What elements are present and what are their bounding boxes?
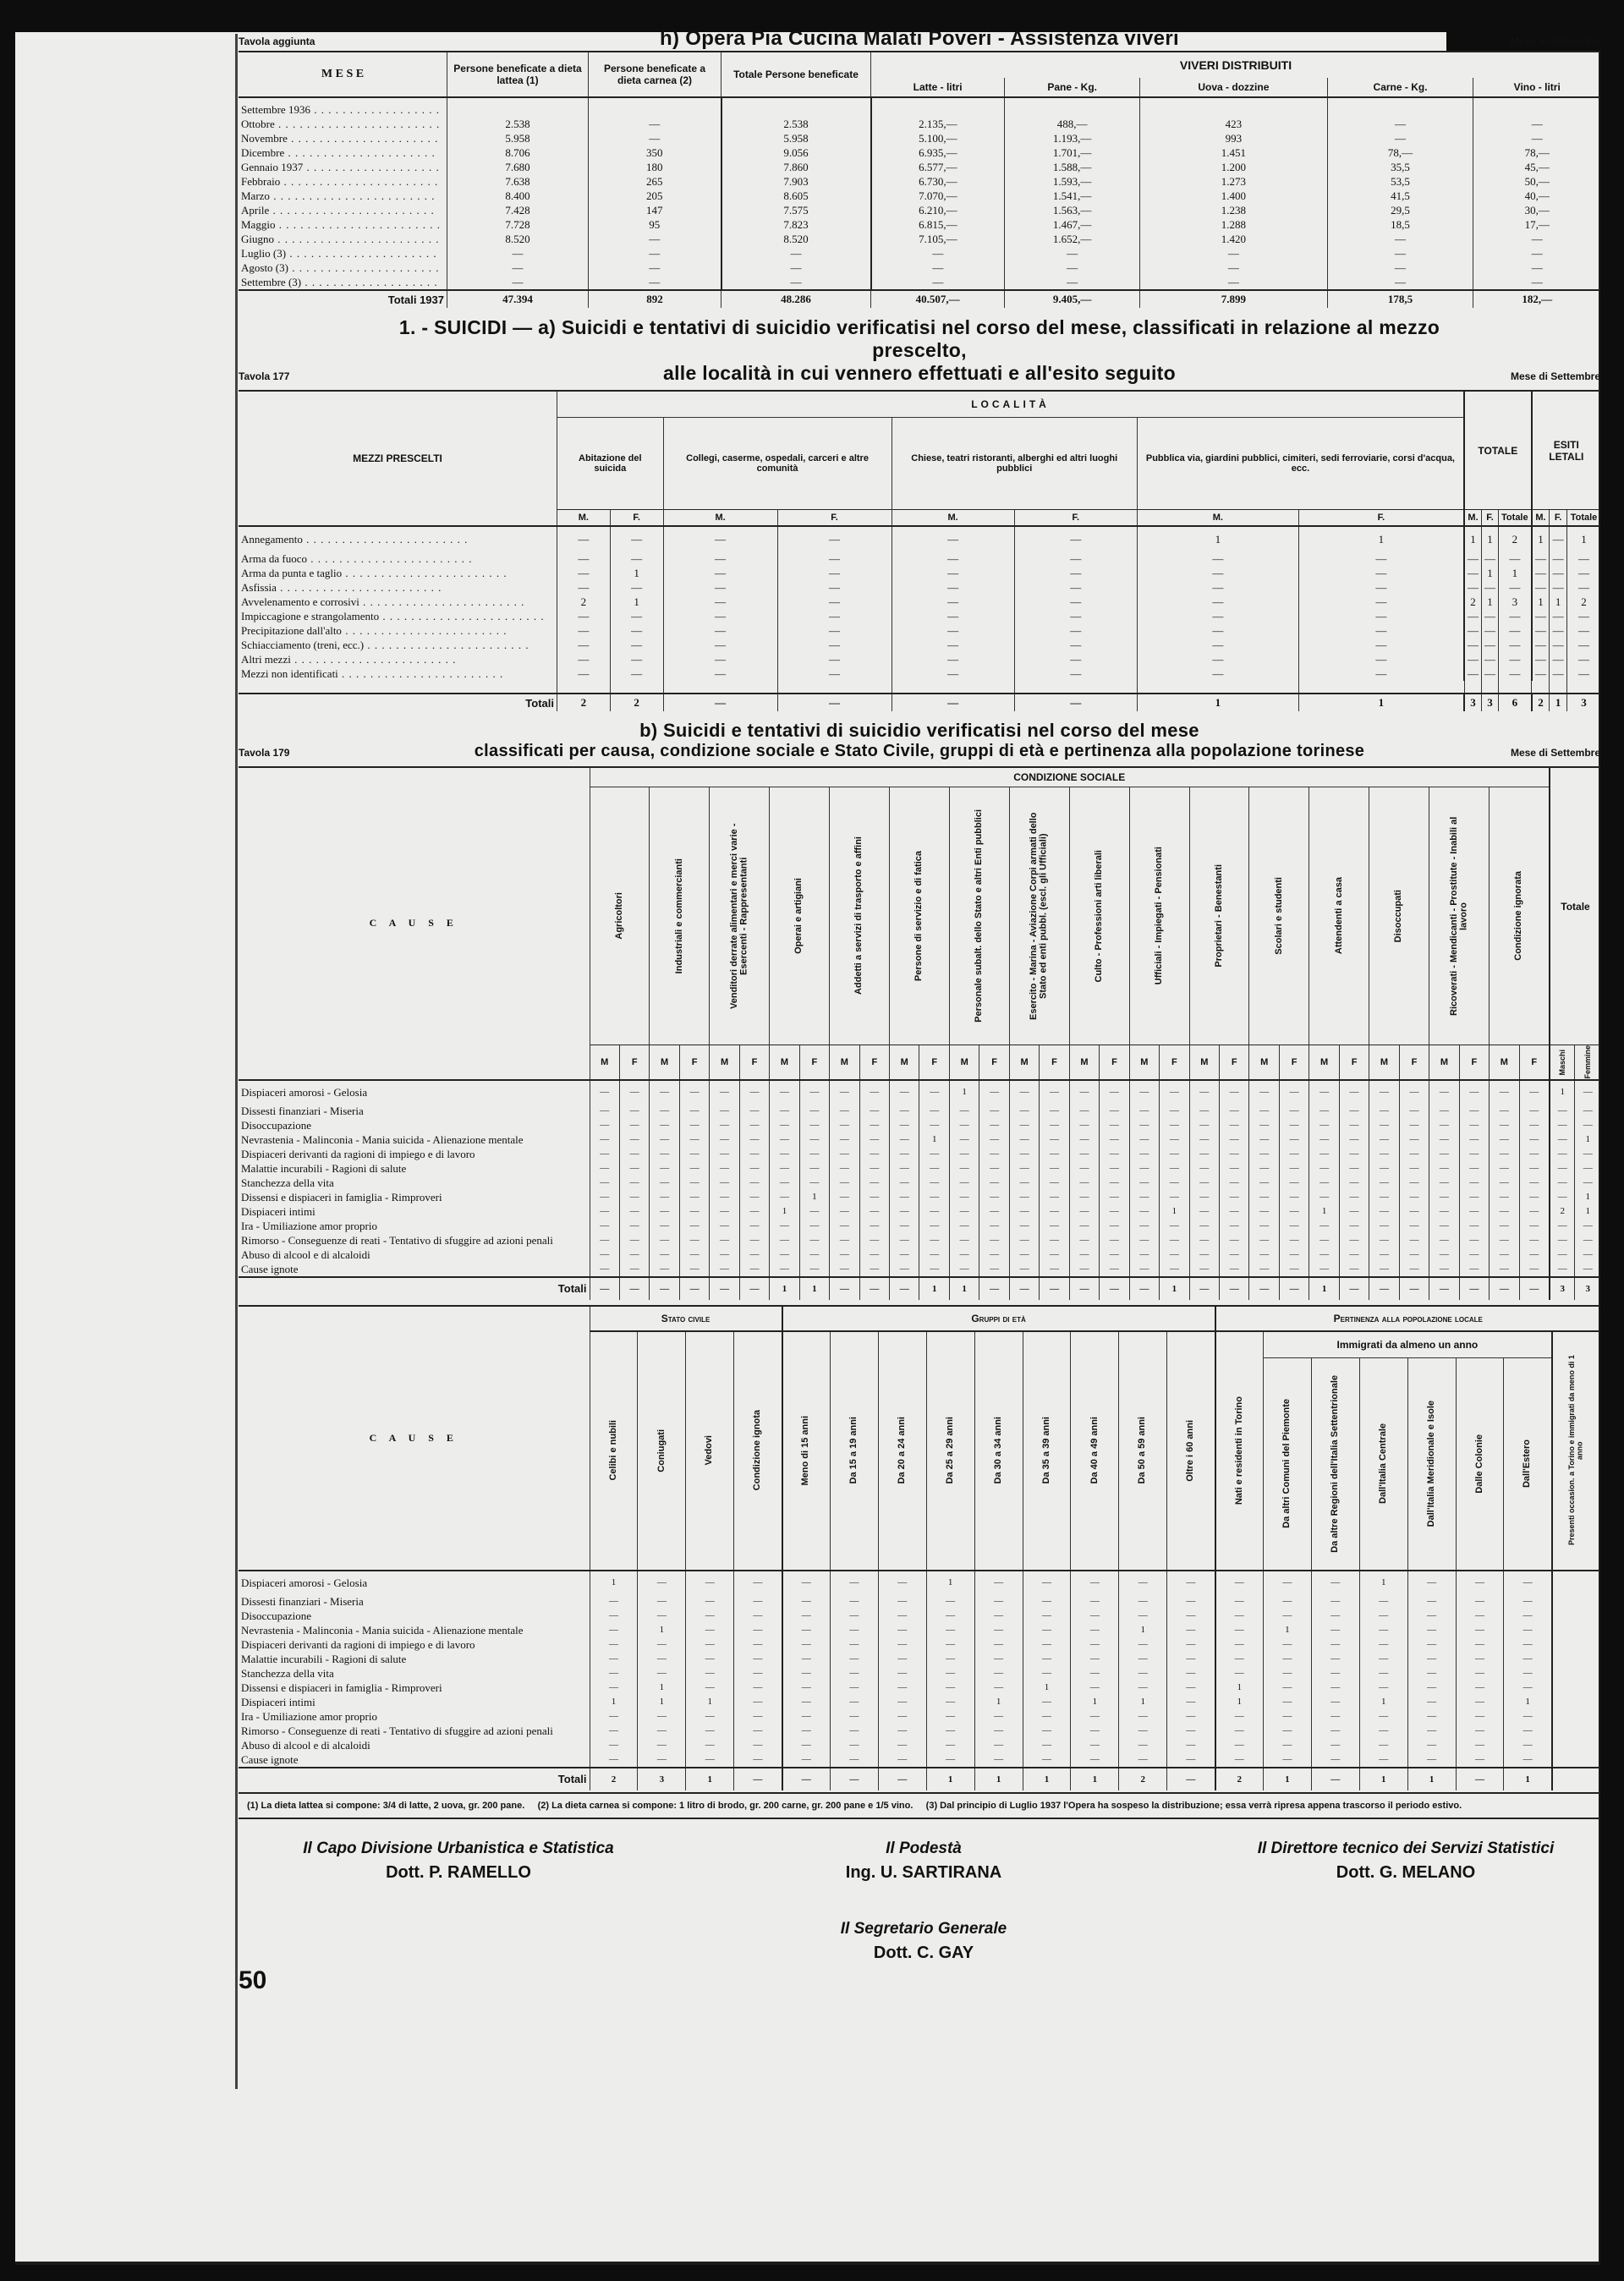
table-cell xyxy=(1552,1695,1600,1709)
table-row: Rimorso - Conseguenze di reati - Tentati… xyxy=(239,1724,1600,1738)
month-label: Mese di Settembre xyxy=(1482,36,1600,47)
table-cell: — xyxy=(590,1219,619,1233)
table-cell xyxy=(1552,1609,1600,1623)
table-cell: — xyxy=(1023,1609,1071,1623)
table-cell: — xyxy=(878,1571,926,1594)
table-cell: 6.730,— xyxy=(871,174,1005,189)
table-cell: — xyxy=(777,609,892,623)
page-content: Tavola aggiunta h) Opera Pia Cucina Mala… xyxy=(239,34,1600,2009)
table-cell: 993 xyxy=(1140,131,1328,145)
table-cell: — xyxy=(1263,1738,1311,1752)
table-cell: — xyxy=(1220,1161,1249,1176)
table-cell: — xyxy=(878,1666,926,1681)
table-cell: — xyxy=(589,260,721,275)
table-cell: — xyxy=(1459,1262,1489,1277)
table-cell: — xyxy=(734,1724,782,1738)
table-title-line2: alle località in cui vennero effettuati … xyxy=(357,362,1482,385)
mezzo-name: Precipitazione dall'alto xyxy=(241,624,507,637)
total-cell: 1 xyxy=(1550,694,1567,711)
row-label: Gennaio 1937 xyxy=(239,160,447,174)
table-cell: 1.593,— xyxy=(1005,174,1140,189)
table-cell: — xyxy=(919,1104,949,1118)
table-cell: — xyxy=(1119,1752,1167,1768)
table-cell: — xyxy=(979,1104,1009,1118)
col-condizione: Personale subalt. dello Stato e altri En… xyxy=(949,787,1009,1045)
condizione-label: Operai e artigiani xyxy=(794,878,804,954)
table-cell: — xyxy=(878,1609,926,1623)
table-row: Avvelenamento e corrosivi21——————213112 xyxy=(239,595,1600,609)
table-cell: — xyxy=(619,1161,649,1176)
table-cell xyxy=(447,97,589,117)
table-cell: — xyxy=(777,666,892,681)
total-cell: — xyxy=(1519,1277,1550,1300)
table-cell: — xyxy=(859,1104,889,1118)
table-cell: — xyxy=(557,580,611,595)
col-stato-civile: Stato civile xyxy=(590,1306,782,1331)
table-cell: — xyxy=(1140,246,1328,260)
table-cell: — xyxy=(1550,1147,1575,1161)
signature-role: Il Capo Divisione Urbanistica e Statisti… xyxy=(239,1840,678,1858)
table-cell: — xyxy=(770,1147,799,1161)
table-cell: — xyxy=(447,275,589,290)
cause-name: Dissensi e dispiaceri in famiglia - Rimp… xyxy=(241,1191,442,1204)
table-cell: — xyxy=(890,1147,919,1161)
month-name: Febbraio xyxy=(241,175,440,188)
table-cell xyxy=(1552,1571,1600,1594)
table-cell: — xyxy=(619,1190,649,1204)
total-cell: 178,5 xyxy=(1327,290,1473,308)
table-cell: — xyxy=(926,1681,974,1695)
table-cell: — xyxy=(610,638,663,652)
table-row: Dissensi e dispiaceri in famiglia - Rimp… xyxy=(239,1681,1600,1695)
suicidi-condizione-table: C A U S ECONDIZIONE SOCIALETotaleAgricol… xyxy=(239,766,1600,1300)
table-cell: — xyxy=(1215,1571,1264,1594)
col-f: F xyxy=(919,1045,949,1080)
table-cell: 29,5 xyxy=(1327,203,1473,217)
table-cell: — xyxy=(1189,1204,1219,1219)
table-cell: — xyxy=(799,1104,829,1118)
table-cell: — xyxy=(739,1262,769,1277)
table-cell: — xyxy=(1189,1176,1219,1190)
table-cell: — xyxy=(1119,1666,1167,1681)
table-cell: — xyxy=(1359,1652,1407,1666)
table-cell: — xyxy=(1167,1594,1215,1609)
table-cell: — xyxy=(1519,1233,1550,1247)
row-label: Dispiaceri intimi xyxy=(239,1204,590,1219)
table-cell: 1 xyxy=(1359,1571,1407,1594)
spacer-cell xyxy=(1532,681,1550,694)
table-cell: — xyxy=(1215,1709,1264,1724)
table-cell: — xyxy=(1220,1147,1249,1161)
table-cell: — xyxy=(1309,1104,1339,1118)
table-cell: — xyxy=(1399,1247,1429,1262)
table-cell: — xyxy=(1215,1752,1264,1768)
table-cell: — xyxy=(557,623,611,638)
table-cell: — xyxy=(1359,1738,1407,1752)
table-cell: — xyxy=(1369,1190,1399,1204)
col-stato: Vedovi xyxy=(686,1331,734,1571)
table-cell: — xyxy=(830,1190,859,1204)
table-cell: — xyxy=(1309,1118,1339,1132)
row-label: Stanchezza della vita xyxy=(239,1176,590,1190)
table-cell: — xyxy=(1014,638,1137,652)
page-number: 50 xyxy=(239,1966,266,1995)
table-cell: — xyxy=(830,1233,859,1247)
condizione-label: Esercito - Marina - Aviazione Corpi arma… xyxy=(1029,802,1049,1030)
table-cell: — xyxy=(638,1738,686,1752)
table-cell: — xyxy=(734,1652,782,1666)
table-cell: — xyxy=(830,1118,859,1132)
table-cell: — xyxy=(1100,1204,1129,1219)
table-cell: — xyxy=(589,232,721,246)
col-f: F xyxy=(619,1045,649,1080)
row-label: Malattie incurabili - Ragioni di salute xyxy=(239,1652,590,1666)
total-cell: 1 xyxy=(1071,1768,1119,1790)
table-cell: — xyxy=(782,1709,831,1724)
table-cell: 2.538 xyxy=(447,117,589,131)
table-cell: — xyxy=(1369,1262,1399,1277)
col-m: M xyxy=(650,1045,679,1080)
spacer-cell xyxy=(663,681,777,694)
table-cell: — xyxy=(830,1652,878,1666)
col-condizione-sociale: CONDIZIONE SOCIALE xyxy=(590,767,1550,787)
month-name: Agosto (3) xyxy=(241,261,440,274)
table-cell: 7.105,— xyxy=(871,232,1005,246)
cause-name: Cause ignote xyxy=(241,1263,299,1275)
col-f: F xyxy=(679,1045,709,1080)
table-cell: — xyxy=(1263,1609,1311,1623)
table-cell: — xyxy=(1167,1652,1215,1666)
table-cell: — xyxy=(859,1118,889,1132)
table-cell: — xyxy=(1456,1637,1504,1652)
table-cell: — xyxy=(1429,1147,1459,1161)
table-cell: 1 xyxy=(1215,1695,1264,1709)
col-condizione: Operai e artigiani xyxy=(770,787,830,1045)
table-cell: — xyxy=(1327,117,1473,131)
table-cell: — xyxy=(1069,1104,1099,1118)
cause-name: Dispiaceri amorosi - Gelosia xyxy=(241,1086,367,1099)
table-cell: — xyxy=(1532,623,1550,638)
table-cell: — xyxy=(890,1190,919,1204)
table-cell: 8.605 xyxy=(721,189,871,203)
table-cell: — xyxy=(1279,1190,1309,1204)
row-label: Dissesti finanziari - Miseria xyxy=(239,1594,590,1609)
mezzo-name: Annegamento xyxy=(241,533,468,546)
table-cell: — xyxy=(1014,580,1137,595)
table-cell: — xyxy=(892,566,1014,580)
table-cell: — xyxy=(1167,1738,1215,1752)
table-cell: — xyxy=(949,1247,979,1262)
condizione-label: Industriali e commercianti xyxy=(675,858,685,973)
table-row: Stanchezza della vita———————————————————… xyxy=(239,1666,1600,1681)
table-cell: — xyxy=(892,666,1014,681)
table-cell: — xyxy=(1140,275,1328,290)
table-cell: — xyxy=(1220,1190,1249,1204)
spacer-cell xyxy=(1482,681,1499,694)
table-cell: — xyxy=(686,1623,734,1637)
total-cell: — xyxy=(1069,1277,1099,1300)
col-gruppi-eta: Gruppi di età xyxy=(782,1306,1215,1331)
table-cell: 3 xyxy=(1499,595,1532,609)
total-cell: — xyxy=(1189,1277,1219,1300)
table-cell: — xyxy=(1490,1262,1519,1277)
table-cell: — xyxy=(1519,1204,1550,1219)
table-cell: — xyxy=(663,595,777,609)
table-cell: — xyxy=(1369,1219,1399,1233)
col-totale: Totale xyxy=(1550,767,1600,1045)
table-cell: — xyxy=(1499,652,1532,666)
table-cell: — xyxy=(1071,1594,1119,1609)
col-viveri-item: Uova - dozzine xyxy=(1140,78,1328,97)
table-cell: — xyxy=(1215,1738,1264,1752)
table-cell: — xyxy=(974,1752,1023,1768)
table-cell: — xyxy=(1023,1695,1071,1709)
table-cell: — xyxy=(1464,609,1482,623)
table-cell: — xyxy=(1040,1233,1069,1247)
table-cell: — xyxy=(782,1609,831,1623)
table-cell: 45,— xyxy=(1473,160,1600,174)
table-cell: — xyxy=(619,1204,649,1219)
table-cell: — xyxy=(1532,566,1550,580)
total-cell: 1 xyxy=(1160,1277,1189,1300)
table-cell: — xyxy=(830,1695,878,1709)
total-cell: — xyxy=(859,1277,889,1300)
table-cell: — xyxy=(799,1118,829,1132)
spacer-cell xyxy=(1499,681,1532,694)
condizione-label: Disoccupati xyxy=(1394,890,1404,942)
col-condizione: Addetti a servizi di trasporto e affini xyxy=(830,787,890,1045)
scan-border-right xyxy=(1600,51,1624,2281)
table-cell: — xyxy=(663,526,777,551)
table-cell: — xyxy=(830,1161,859,1176)
mezzo-name: Arma da punta e taglio xyxy=(241,567,507,579)
table-row: Malattie incurabili - Ragioni di salute—… xyxy=(239,1652,1600,1666)
table-cell: — xyxy=(739,1190,769,1204)
cause-name: Ira - Umiliazione amor proprio xyxy=(241,1710,377,1723)
table-cell: — xyxy=(974,1681,1023,1695)
table-cell: — xyxy=(1023,1752,1071,1768)
table-cell: — xyxy=(777,580,892,595)
table-cell: — xyxy=(590,1709,638,1724)
col-m: M xyxy=(890,1045,919,1080)
table-cell: — xyxy=(650,1118,679,1132)
table-cell: — xyxy=(1339,1161,1369,1176)
total-cell: 1 xyxy=(1298,694,1464,711)
table-cell: — xyxy=(679,1190,709,1204)
table-cell: — xyxy=(1298,580,1464,595)
table-caption: 1. - SUICIDI — a) Suicidi e tentativi di… xyxy=(239,316,1600,362)
signature-name: Dott. P. RAMELLO xyxy=(239,1863,678,1883)
table-cell: — xyxy=(1429,1233,1459,1247)
table-cell: — xyxy=(1167,1609,1215,1623)
col-latte-persone: Persone beneficate a dieta lattea (1) xyxy=(447,52,589,97)
col-totale-sub: Femmine xyxy=(1575,1045,1600,1080)
month-name: Luglio (3) xyxy=(241,247,440,260)
table-cell: 1 xyxy=(1071,1695,1119,1709)
table-cell: — xyxy=(1129,1219,1159,1233)
table-cell: — xyxy=(1040,1104,1069,1118)
table-cell: — xyxy=(1189,1262,1219,1277)
table-cell: — xyxy=(721,260,871,275)
table-cell: — xyxy=(1129,1247,1159,1262)
table-cell: — xyxy=(447,260,589,275)
table-cell xyxy=(1473,97,1600,117)
table-cell: — xyxy=(1009,1262,1039,1277)
table-cell: — xyxy=(878,1709,926,1724)
table-cell: — xyxy=(1215,1609,1264,1623)
table-cell: — xyxy=(926,1738,974,1752)
table-row: Maggio7.728957.8236.815,—1.467,—1.28818,… xyxy=(239,217,1600,232)
table-cell: — xyxy=(1249,1080,1279,1104)
col-m: M xyxy=(590,1045,619,1080)
table-cell: — xyxy=(919,1262,949,1277)
col-totale-sub: Maschi xyxy=(1550,1045,1575,1080)
total-cell: 1 xyxy=(686,1768,734,1790)
table-cell: — xyxy=(919,1176,949,1190)
table-cell: — xyxy=(919,1147,949,1161)
table-cell: — xyxy=(1298,566,1464,580)
table-cell: — xyxy=(859,1080,889,1104)
total-cell: — xyxy=(1490,1277,1519,1300)
col-immigrati-origin: Dall'Estero xyxy=(1504,1357,1552,1571)
table-cell: 7.823 xyxy=(721,217,871,232)
table-cell: — xyxy=(589,117,721,131)
table-cell: — xyxy=(710,1161,739,1176)
spacer-cell xyxy=(1464,681,1482,694)
table-cell: — xyxy=(1071,1623,1119,1637)
opera-pia-table: M E S E Persone beneficate a dieta latte… xyxy=(239,51,1600,308)
table-cell: — xyxy=(1490,1104,1519,1118)
table-cell: — xyxy=(1482,638,1499,652)
total-cell: 2 xyxy=(1119,1768,1167,1790)
table-cell: — xyxy=(1473,117,1600,131)
cause-name: Rimorso - Conseguenze di reati - Tentati… xyxy=(241,1234,553,1247)
table-cell: — xyxy=(770,1080,799,1104)
row-label: Cause ignote xyxy=(239,1752,590,1768)
table-cell: — xyxy=(1040,1161,1069,1176)
table-cell: — xyxy=(1137,566,1298,580)
row-label: Aprile xyxy=(239,203,447,217)
table-cell: — xyxy=(1014,623,1137,638)
table-cell: — xyxy=(1490,1233,1519,1247)
table-cell: — xyxy=(590,1176,619,1190)
table-cell: — xyxy=(610,623,663,638)
table-cell: — xyxy=(1550,1247,1575,1262)
table-cell: — xyxy=(949,1176,979,1190)
table-cell: — xyxy=(710,1219,739,1233)
cause-name: Cause ignote xyxy=(241,1753,299,1766)
col-m: M xyxy=(949,1045,979,1080)
table-cell: — xyxy=(878,1594,926,1609)
table-cell: — xyxy=(1129,1204,1159,1219)
table-cell: — xyxy=(1119,1637,1167,1652)
table-cell: — xyxy=(1499,580,1532,595)
mezzo-name: Mezzi non identificati xyxy=(241,667,503,680)
total-cell: — xyxy=(1279,1277,1309,1300)
table-cell xyxy=(1552,1709,1600,1724)
table-cell: — xyxy=(1369,1247,1399,1262)
table-cell: — xyxy=(830,1709,878,1724)
table-cell: — xyxy=(686,1594,734,1609)
table-cell: — xyxy=(679,1247,709,1262)
table-cell xyxy=(1552,1652,1600,1666)
col-m: M xyxy=(1069,1045,1099,1080)
table-cell: — xyxy=(1550,1190,1575,1204)
condizione-label: Persone di servizio e di fatica xyxy=(914,851,924,981)
row-label: Marzo xyxy=(239,189,447,203)
table-cell: — xyxy=(1482,652,1499,666)
table-cell: — xyxy=(1069,1190,1099,1204)
col-immigrati-origin: Dall'Italia Meridionale e Isole xyxy=(1407,1357,1456,1571)
table-cell: — xyxy=(686,1709,734,1724)
table-cell: — xyxy=(1309,1147,1339,1161)
row-label: Abuso di alcool e di alcaloidi xyxy=(239,1738,590,1752)
table-cell: 1 xyxy=(1137,526,1298,551)
table-cell: — xyxy=(1429,1219,1459,1233)
total-cell: — xyxy=(650,1277,679,1300)
table-row: Ira - Umiliazione amor proprio——————————… xyxy=(239,1219,1600,1233)
table-cell: — xyxy=(1100,1190,1129,1204)
page-margin-rule xyxy=(235,34,238,2089)
table-cell: — xyxy=(1309,1219,1339,1233)
col-immigrati-origin: Dall'Italia Centrale xyxy=(1359,1357,1407,1571)
row-label: Dissensi e dispiaceri in famiglia - Rimp… xyxy=(239,1681,590,1695)
table-cell: — xyxy=(1309,1247,1339,1262)
col-f: F xyxy=(799,1045,829,1080)
table-cell: — xyxy=(710,1147,739,1161)
table-cell: — xyxy=(1407,1571,1456,1594)
table-cell: — xyxy=(1137,551,1298,566)
table-cell: — xyxy=(919,1204,949,1219)
scan-border-bottom xyxy=(0,2265,1624,2281)
col-m: M. xyxy=(557,510,611,527)
table-cell: — xyxy=(1279,1132,1309,1147)
total-row: Totali——————11———11——————1————1———————33 xyxy=(239,1277,1600,1300)
table-cell: — xyxy=(679,1204,709,1219)
table-cell: 1.238 xyxy=(1140,203,1328,217)
col-m: M xyxy=(830,1045,859,1080)
col-eta: Da 35 a 39 anni xyxy=(1023,1331,1071,1571)
table-cell: — xyxy=(686,1724,734,1738)
cause-name: Rimorso - Conseguenze di reati - Tentati… xyxy=(241,1724,553,1737)
table-cell: — xyxy=(619,1147,649,1161)
mezzo-name: Asfissia xyxy=(241,581,442,594)
table-suicidi-mezzi: 1. - SUICIDI — a) Suicidi e tentativi di… xyxy=(239,316,1600,711)
table-caption-line2: Tavola 179 classificati per causa, condi… xyxy=(239,742,1600,761)
row-label: Precipitazione dall'alto xyxy=(239,623,557,638)
table-cell: — xyxy=(871,260,1005,275)
table-cell: — xyxy=(1014,566,1137,580)
table-cell: — xyxy=(890,1104,919,1118)
table-cell: — xyxy=(590,1623,638,1637)
table-cell: 5.958 xyxy=(447,131,589,145)
total-cell: — xyxy=(830,1277,859,1300)
cause-name: Stanchezza della vita xyxy=(241,1176,334,1189)
table-cell: — xyxy=(686,1571,734,1594)
table-cell: — xyxy=(1040,1204,1069,1219)
table-cell: — xyxy=(590,1681,638,1695)
col-condizione: Attendenti a casa xyxy=(1309,787,1369,1045)
table-cell: — xyxy=(1009,1247,1039,1262)
table-cell: 1.563,— xyxy=(1005,203,1140,217)
table-cell: — xyxy=(739,1219,769,1233)
table-cell: — xyxy=(799,1204,829,1219)
table-cell: — xyxy=(1504,1652,1552,1666)
table-cell: — xyxy=(979,1132,1009,1147)
table-cell: — xyxy=(1311,1594,1359,1609)
table-cell: — xyxy=(878,1752,926,1768)
table-cell: — xyxy=(949,1233,979,1247)
